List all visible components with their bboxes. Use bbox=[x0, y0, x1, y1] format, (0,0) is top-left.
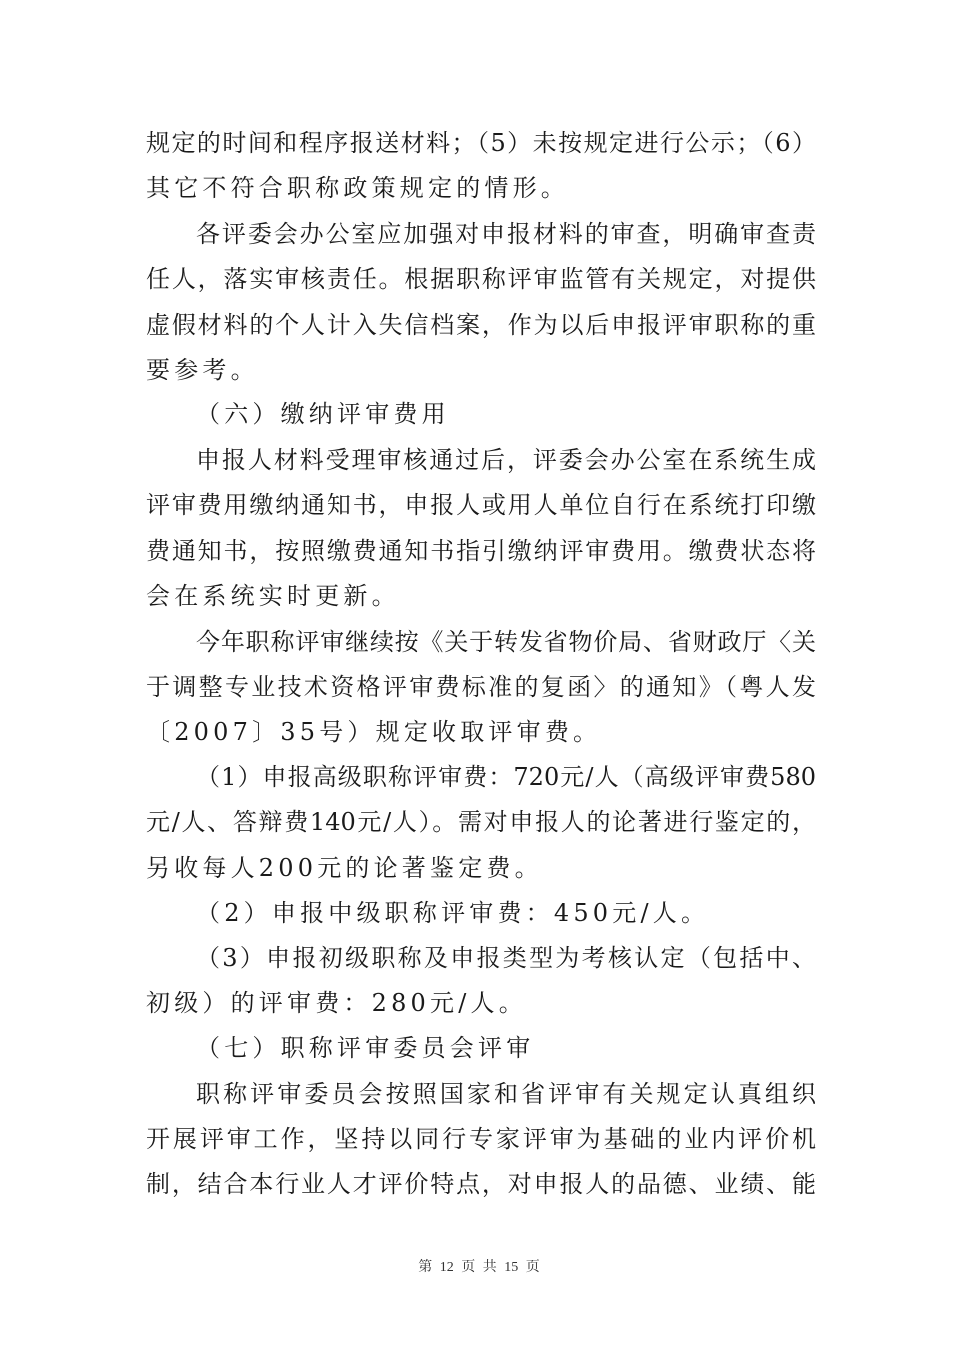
fee-item-senior: （1）申报高级职称评审费：720元/人（高级评审费580 bbox=[196, 762, 816, 792]
text-line: 于调整专业技术资格评审费标准的复函〉的通知》（粤人发 bbox=[146, 672, 816, 702]
section-heading-six: （六）缴纳评审费用 bbox=[196, 399, 816, 429]
page-number-footer: 第 12 页 共 15 页 bbox=[0, 1258, 958, 1278]
text-line: 评审费用缴纳通知书，申报人或用人单位自行在系统打印缴 bbox=[146, 490, 816, 520]
text-line: 费通知书，按照缴费通知书指引缴纳评审费用。缴费状态将 bbox=[146, 536, 816, 566]
text-line: 要参考。 bbox=[146, 355, 816, 385]
text-line: 元/人、答辩费140元/人）。需对申报人的论著进行鉴定的， bbox=[146, 807, 816, 837]
text-line: 任人，落实审核责任。根据职称评审监管有关规定，对提供 bbox=[146, 264, 816, 294]
text-line: 虚假材料的个人计入失信档案，作为以后申报评审职称的重 bbox=[146, 310, 816, 340]
text-line: 制，结合本行业人才评价特点，对申报人的品德、业绩、能 bbox=[146, 1169, 816, 1199]
text-line: 开展评审工作，坚持以同行专家评审为基础的业内评价机 bbox=[146, 1124, 816, 1154]
text-line: 其它不符合职称政策规定的情形。 bbox=[146, 173, 816, 203]
text-line: 会在系统实时更新。 bbox=[146, 581, 816, 611]
text-line: 初级）的评审费：280元/人。 bbox=[146, 988, 816, 1018]
paragraph-start: 今年职称评审继续按《关于转发省物价局、省财政厅〈关 bbox=[196, 627, 816, 657]
text-line: 〔2007〕35号）规定收取评审费。 bbox=[146, 717, 816, 747]
fee-item-junior: （3）申报初级职称及申报类型为考核认定（包括中、 bbox=[196, 943, 816, 973]
paragraph-start: 申报人材料受理审核通过后，评委会办公室在系统生成 bbox=[196, 445, 816, 475]
document-page: 规定的时间和程序报送材料；（5）未按规定进行公示；（6） 其它不符合职称政策规定… bbox=[0, 0, 958, 1356]
section-heading-seven: （七）职称评审委员会评审 bbox=[196, 1033, 816, 1063]
text-line: 另收每人200元的论著鉴定费。 bbox=[146, 853, 816, 883]
text-line: 规定的时间和程序报送材料；（5）未按规定进行公示；（6） bbox=[146, 128, 816, 158]
paragraph-start: 各评委会办公室应加强对申报材料的审查，明确审查责 bbox=[196, 219, 816, 249]
fee-item-intermediate: （2）申报中级职称评审费：450元/人。 bbox=[196, 898, 816, 928]
paragraph-start: 职称评审委员会按照国家和省评审有关规定认真组织 bbox=[196, 1079, 816, 1109]
